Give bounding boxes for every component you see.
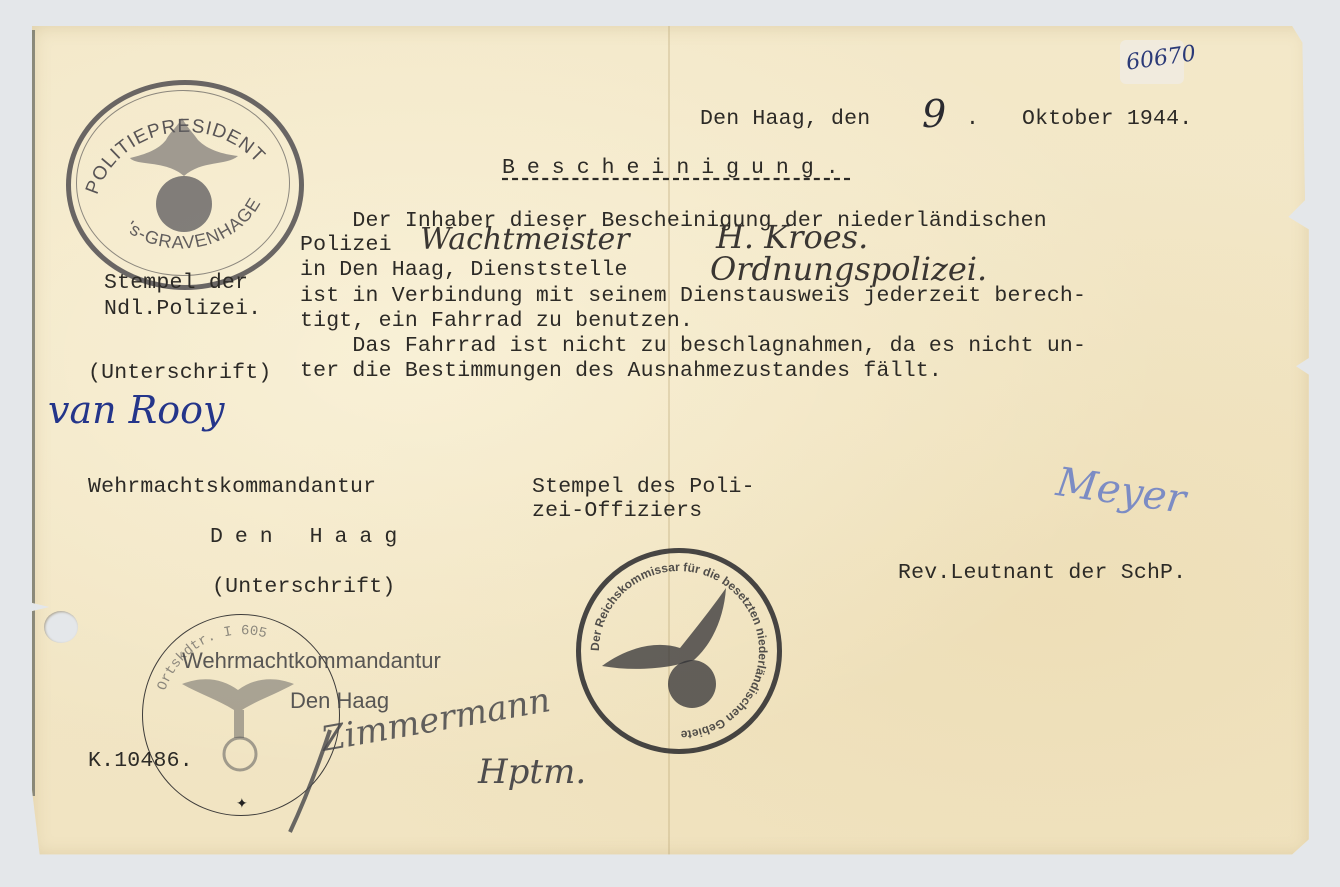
body-line-3: in Den Haag, Dienststelle xyxy=(300,257,628,283)
handwritten-department: Ordnungspolizei. xyxy=(710,250,987,288)
stamp-label-line2: Ndl.Polizei. xyxy=(104,296,261,322)
eagle-emblem-icon xyxy=(182,679,294,770)
body-line-2: Polizei xyxy=(300,232,392,258)
wehrmacht-line3: (Unterschrift) xyxy=(212,574,395,600)
police-stamp-text: POLITIEPRESIDENT 's-GRAVENHAGE xyxy=(66,80,304,290)
police-officer-line1: Stempel des Poli- xyxy=(532,474,755,500)
signature-van-rooy: van Rooy xyxy=(48,388,225,432)
stamp-label-line1: Stempel der xyxy=(104,270,248,296)
body-line-5: tigt, ein Fahrrad zu benutzen. xyxy=(300,308,693,334)
body-line-7: ter die Bestimmungen des Ausnahmezustand… xyxy=(300,358,942,384)
star-mark-icon: ✦ xyxy=(236,797,248,812)
signature-label-left: (Unterschrift) xyxy=(88,360,271,386)
body-line-1: Der Inhaber dieser Bescheinigung der nie… xyxy=(300,208,1047,234)
date-dot: . xyxy=(966,106,979,132)
reichskommissar-stamp-graphics: Der Reichskommissar für die besetzten ni… xyxy=(576,548,782,754)
handwritten-rank: Wachtmeister xyxy=(420,222,630,257)
date-month-year: Oktober 1944. xyxy=(1022,106,1192,132)
officer-rank-line: Rev.Leutnant der SchP. xyxy=(898,560,1186,586)
body-line-6: Das Fahrrad ist nicht zu beschlagnahmen,… xyxy=(300,333,1086,359)
place-date-prefix: Den Haag, den xyxy=(700,106,870,132)
punch-hole xyxy=(44,611,78,643)
police-officer-line2: zei-Offiziers xyxy=(532,498,702,524)
wehrmacht-line2: Den Haag xyxy=(210,524,409,550)
wehrmacht-stamp-text-1: Wehrmachtkommandantur xyxy=(182,648,441,674)
document-title: Bescheinigung. xyxy=(502,155,851,181)
signature-title-hptm: Hptm. xyxy=(478,752,586,792)
date-day-handwritten: 9 xyxy=(922,92,946,136)
wehrmacht-line1: Wehrmachtskommandantur xyxy=(88,474,376,500)
paper-edge xyxy=(32,30,35,796)
signature-stroke xyxy=(280,720,340,840)
eagle-swastika-emblem-icon xyxy=(602,588,726,708)
